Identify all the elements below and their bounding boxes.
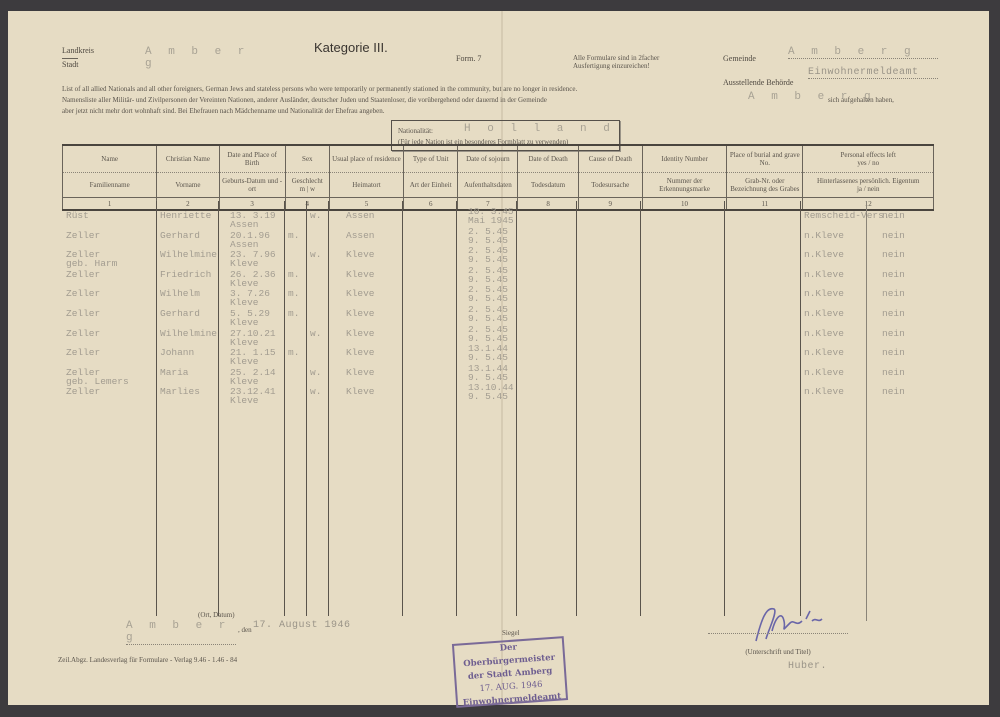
row-birth-place: Kleve [230,337,259,348]
duplicate-note: Alle Formulare sind in 2facher Ausfertig… [573,54,659,70]
row-birth-place: Kleve [230,278,259,289]
col-burial-de: Grab-Nr. oder Bezeichnung des Grabes [727,173,803,198]
row-sex: w. [310,249,321,260]
signer-name: Huber. [788,661,827,672]
row-birth-place: Assen [230,219,259,230]
col-sojourn-en: Date of sojourn [458,145,518,173]
row-sojourn-to: 9. 5.45 [468,333,508,344]
row-effects-location: n.Kleve [804,328,844,339]
row-christian-name: Friedrich [160,269,211,280]
row-birth-place: Kleve [230,395,259,406]
stadt-label: Stadt [62,58,78,70]
col-num-4: 4 [285,198,329,211]
column-divider [328,201,329,616]
col-death-cause-en: Cause of Death [578,145,642,173]
row-residence: Assen [346,210,375,221]
column-divider [640,201,641,616]
column-divider [306,201,307,616]
row-effects-location: n.Kleve [804,308,844,319]
row-sex: m. [288,347,299,358]
siegel-label: Siegel [502,629,520,637]
row-family-name: Rüst [66,210,89,221]
row-family-name: Zeller [66,347,100,358]
row-sojourn-to: 9. 5.45 [468,372,508,383]
row-effects-left: nein [882,288,905,299]
row-residence: Kleve [346,386,375,397]
row-birth-place: Kleve [230,317,259,328]
row-residence: Kleve [346,308,375,319]
row-christian-name: Wilhelmine [160,249,217,260]
row-sex: w. [310,386,321,397]
row-effects-left: nein [882,328,905,339]
col-birth-en: Date and Place of Birth [219,145,285,173]
intro-german: Namensliste aller Militär- und Zivilpers… [62,96,692,104]
row-maiden-name: geb. Harm [66,258,117,269]
register-table-header: Name Christian Name Date and Place of Bi… [62,144,934,211]
row-christian-name: Gerhard [160,230,200,241]
column-divider [866,201,867,621]
form-number: Form. 7 [456,54,481,64]
row-effects-location: n.Kleve [804,347,844,358]
row-residence: Kleve [346,328,375,339]
row-sex: w. [310,328,321,339]
row-christian-name: Gerhard [160,308,200,319]
col-num-5: 5 [329,198,403,211]
col-num-8: 8 [518,198,578,211]
row-effects-left: nein [882,230,905,241]
row-family-name: Zeller [66,328,100,339]
ort-datum-label: (Ort, Datum) [198,611,235,619]
row-family-name: Zeller [66,230,100,241]
row-effects-location: n.Kleve [804,269,844,280]
row-effects-left: nein [882,210,905,221]
col-num-12: 12 [803,198,934,211]
row-christian-name: Henriette [160,210,211,221]
row-christian-name: Johann [160,347,194,358]
row-residence: Kleve [346,269,375,280]
row-sojourn-to: 9. 5.45 [468,254,508,265]
row-effects-location: n.Kleve [804,230,844,241]
row-sex: w. [310,210,321,221]
row-sex: m. [288,308,299,319]
row-sojourn-to: 9. 5.45 [468,313,508,324]
col-identity-en: Identity Number [642,145,726,173]
row-birth-place: Kleve [230,258,259,269]
row-effects-location: n.Kleve [804,386,844,397]
signature-label: (Unterschrift und Titel) [708,633,848,656]
column-divider [156,201,157,616]
col-death-cause-de: Todesursache [578,173,642,198]
row-sex: m. [288,230,299,241]
row-effects-left: nein [882,367,905,378]
row-family-name: Zeller [66,386,100,397]
intro-german-2: aber jetzt nicht mehr dort wohnhaft sind… [62,107,662,115]
row-effects-location: n.Kleve [804,367,844,378]
row-effects-left: nein [882,347,905,358]
row-sex: m. [288,288,299,299]
row-residence: Kleve [346,288,375,299]
printer-note: Zeil.Abgz. Landesverlag für Formulare - … [58,656,237,664]
col-sex-de: Geschlechtm | w [285,173,329,198]
col-residence-en: Usual place of residence [329,145,403,173]
col-num-3: 3 [219,198,285,211]
nationality-value: H o l l a n d [464,123,615,135]
col-effects-en: Personal effects leftyes / no [803,145,934,173]
row-sojourn-to: 9. 5.45 [468,391,508,402]
column-divider [576,201,577,616]
row-sojourn-to: Mai 1945 [468,215,514,226]
col-sojourn-de: Aufenthaltsdaten [458,173,518,198]
col-name-de: Familienname [63,173,157,198]
row-effects-left: nein [882,249,905,260]
row-sojourn-to: 9. 5.45 [468,235,508,246]
column-divider [516,201,517,616]
col-num-2: 2 [157,198,219,211]
row-sex: m. [288,269,299,280]
row-residence: Assen [346,230,375,241]
row-effects-left: nein [882,269,905,280]
row-residence: Kleve [346,347,375,358]
column-divider [456,201,457,616]
col-num-11: 11 [727,198,803,211]
column-divider [284,201,285,616]
row-birth-place: Assen [230,239,259,250]
date-value: 17. August 1946 [253,620,351,631]
col-unit-en: Type of Unit [404,145,458,173]
col-birth-de: Geburts-Datum und -ort [219,173,285,198]
kreis-value: A m b e r g [145,46,265,70]
row-christian-name: Marlies [160,386,200,397]
col-unit-de: Art der Einheit [404,173,458,198]
col-christian-de: Vorname [157,173,219,198]
row-christian-name: Wilhelmine [160,328,217,339]
column-divider [724,201,725,616]
row-sojourn-to: 9. 5.45 [468,352,508,363]
row-effects-left: nein [882,386,905,397]
col-effects-de: Hinterlassenes persönlich. Eigentumja / … [803,173,934,198]
col-num-9: 9 [578,198,642,211]
row-effects-location: Remscheid-Vers. [804,210,890,221]
row-family-name: Zeller [66,288,100,299]
col-death-date-en: Date of Death [518,145,578,173]
landkreis-label: Landkreis [62,46,94,56]
row-birth-place: Kleve [230,356,259,367]
intro-english: List of all allied Nationals and all oth… [62,85,722,93]
row-effects-location: n.Kleve [804,249,844,260]
ort-value: A m b e r g [126,620,236,645]
row-christian-name: Wilhelm [160,288,200,299]
row-christian-name: Maria [160,367,189,378]
row-effects-location: n.Kleve [804,288,844,299]
row-residence: Kleve [346,367,375,378]
col-residence-de: Heimatort [329,173,403,198]
row-sojourn-to: 9. 5.45 [468,293,508,304]
nationality-label: Nationalität: [398,127,433,135]
row-maiden-name: geb. Lemers [66,376,129,387]
ort-suffix: , den [238,626,252,634]
col-name-en: Name [63,145,157,173]
behoerde-value: Einwohnermeldeamt [808,67,938,79]
column-divider [218,201,219,616]
form-category-title: Kategorie III. [314,40,388,55]
row-residence: Kleve [346,249,375,260]
col-num-6: 6 [404,198,458,211]
column-divider [402,201,403,616]
col-num-1: 1 [63,198,157,211]
document-page: Landkreis Stadt A m b e r g Kategorie II… [8,11,989,705]
col-burial-en: Place of burial and grave No. [727,145,803,173]
col-christian-en: Christian Name [157,145,219,173]
col-death-date-de: Todesdatum [518,173,578,198]
row-birth-place: Kleve [230,376,259,387]
row-sex: w. [310,367,321,378]
row-birth-place: Kleve [230,297,259,308]
row-sojourn-to: 9. 5.45 [468,274,508,285]
intro-german-end: sich aufgehalten haben, [828,96,894,104]
col-sex-en: Sex [285,145,329,173]
col-identity-de: Nummer der Erkennungsmarke [642,173,726,198]
behoerde-label: Ausstellende Behörde [723,78,793,88]
column-divider [800,201,801,616]
gemeinde-label: Gemeinde [723,54,756,64]
official-stamp: Der Oberbürgermeister der Stadt Amberg 1… [452,636,568,708]
row-family-name: Zeller [66,308,100,319]
row-effects-left: nein [882,308,905,319]
col-num-10: 10 [642,198,726,211]
row-family-name: Zeller [66,269,100,280]
gemeinde-value: A m b e r g [788,46,938,59]
